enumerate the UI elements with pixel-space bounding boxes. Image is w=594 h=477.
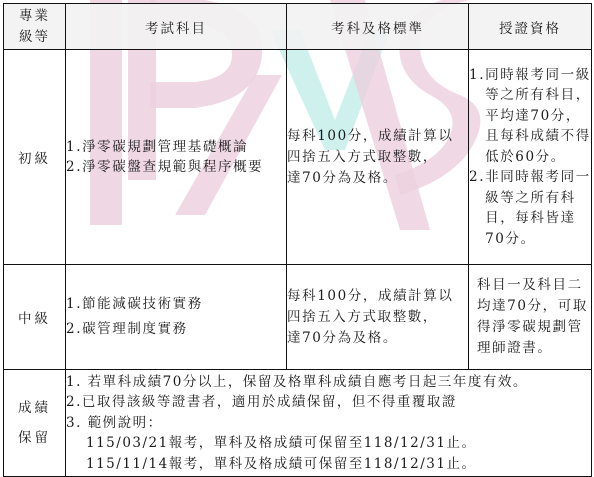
standard-line: 每科100分，成績計算以 [287, 286, 468, 307]
qualification-cell-basic: 1. 同時報考同一級等之所有科目，平均達70分，且每科成績不得低於60分。 2.… [469, 50, 592, 265]
standard-cell-basic: 每科100分，成績計算以 四捨五入方式取整數， 達70分為及格。 [287, 50, 469, 265]
level-cell-intermediate: 中級 [4, 265, 66, 370]
qualification-cell-intermediate: 科目一及科目二均達70分，可取得淨零碳規劃管理師證書。 [469, 265, 592, 370]
header-qualification: 授證資格 [469, 4, 592, 50]
retention-label-cell: 成績 保留 [4, 370, 66, 477]
standard-line: 每科100分，成績計算以 [287, 126, 468, 147]
standard-line: 達70分為及格。 [287, 328, 468, 349]
retention-example: 115/11/14報考，單科及格成績可保留至118/12/31止。 [66, 454, 591, 475]
level-cell-basic: 初級 [4, 50, 66, 265]
retention-body-cell: 1. 若單科成績70分以上，保留及格單科成績自應考日起三年度有效。 2.已取得該… [66, 370, 592, 477]
qualification-item: 1. 同時報考同一級等之所有科目，平均達70分，且每科成績不得低於60分。 [469, 65, 591, 168]
retention-item: 3. 範例說明： [66, 413, 591, 434]
header-level-line1: 專業 [4, 6, 65, 27]
retention-example: 115/03/21報考，單科及格成績可保留至118/12/31止。 [66, 433, 591, 454]
table-row-basic: 初級 1.淨零碳規劃管理基礎概論 2.淨零碳盤查規範與程序概要 每科100分，成… [4, 50, 592, 265]
standard-cell-intermediate: 每科100分，成績計算以 四捨五入方式取整數， 達70分為及格。 [287, 265, 469, 370]
qualification-item: 2. 非同時報考同一級等之所有科目，每科皆達70分。 [469, 167, 591, 249]
retention-item: 1. 若單科成績70分以上，保留及格單科成績自應考日起三年度有效。 [66, 372, 591, 393]
qualification-text: 科目一及科目二均達70分，可取得淨零碳規劃管理師證書。 [477, 275, 591, 359]
qualification-text: 非同時報考同一級等之所有科目，每科皆達70分。 [485, 167, 591, 249]
header-level-line2: 級等 [4, 27, 65, 48]
qualification-text: 同時報考同一級等之所有科目，平均達70分，且每科成績不得低於60分。 [485, 65, 591, 168]
subject-item: 1.節能減碳技術實務 [66, 292, 286, 317]
header-standard: 考科及格標準 [287, 4, 469, 50]
table-row-retention: 成績 保留 1. 若單科成績70分以上，保留及格單科成績自應考日起三年度有效。 … [4, 370, 592, 477]
qualification-num: 1. [469, 65, 485, 168]
retention-label-line2: 保留 [4, 423, 65, 453]
certification-table: 專業 級等 考試科目 考科及格標準 授證資格 初級 1.淨零碳規劃管理基礎概論 … [3, 3, 592, 477]
subject-item: 2.碳管理制度實務 [66, 317, 286, 342]
subjects-cell-intermediate: 1.節能減碳技術實務 2.碳管理制度實務 [66, 265, 287, 370]
table-row-intermediate: 中級 1.節能減碳技術實務 2.碳管理制度實務 每科100分，成績計算以 四捨五… [4, 265, 592, 370]
subject-item: 2.淨零碳盤查規範與程序概要 [66, 157, 286, 177]
header-row: 專業 級等 考試科目 考科及格標準 授證資格 [4, 4, 592, 50]
header-subjects: 考試科目 [66, 4, 287, 50]
retention-label-line1: 成績 [4, 393, 65, 423]
standard-line: 四捨五入方式取整數， [287, 307, 468, 328]
header-level: 專業 級等 [4, 4, 66, 50]
subject-item: 1.淨零碳規劃管理基礎概論 [66, 137, 286, 157]
retention-item: 2.已取得該級等證書者，適用於成績保留，但不得重覆取證 [66, 392, 591, 413]
subjects-cell-basic: 1.淨零碳規劃管理基礎概論 2.淨零碳盤查規範與程序概要 [66, 50, 287, 265]
standard-line: 達70分為及格。 [287, 168, 468, 189]
standard-line: 四捨五入方式取整數， [287, 147, 468, 168]
qualification-num: 2. [469, 167, 485, 249]
